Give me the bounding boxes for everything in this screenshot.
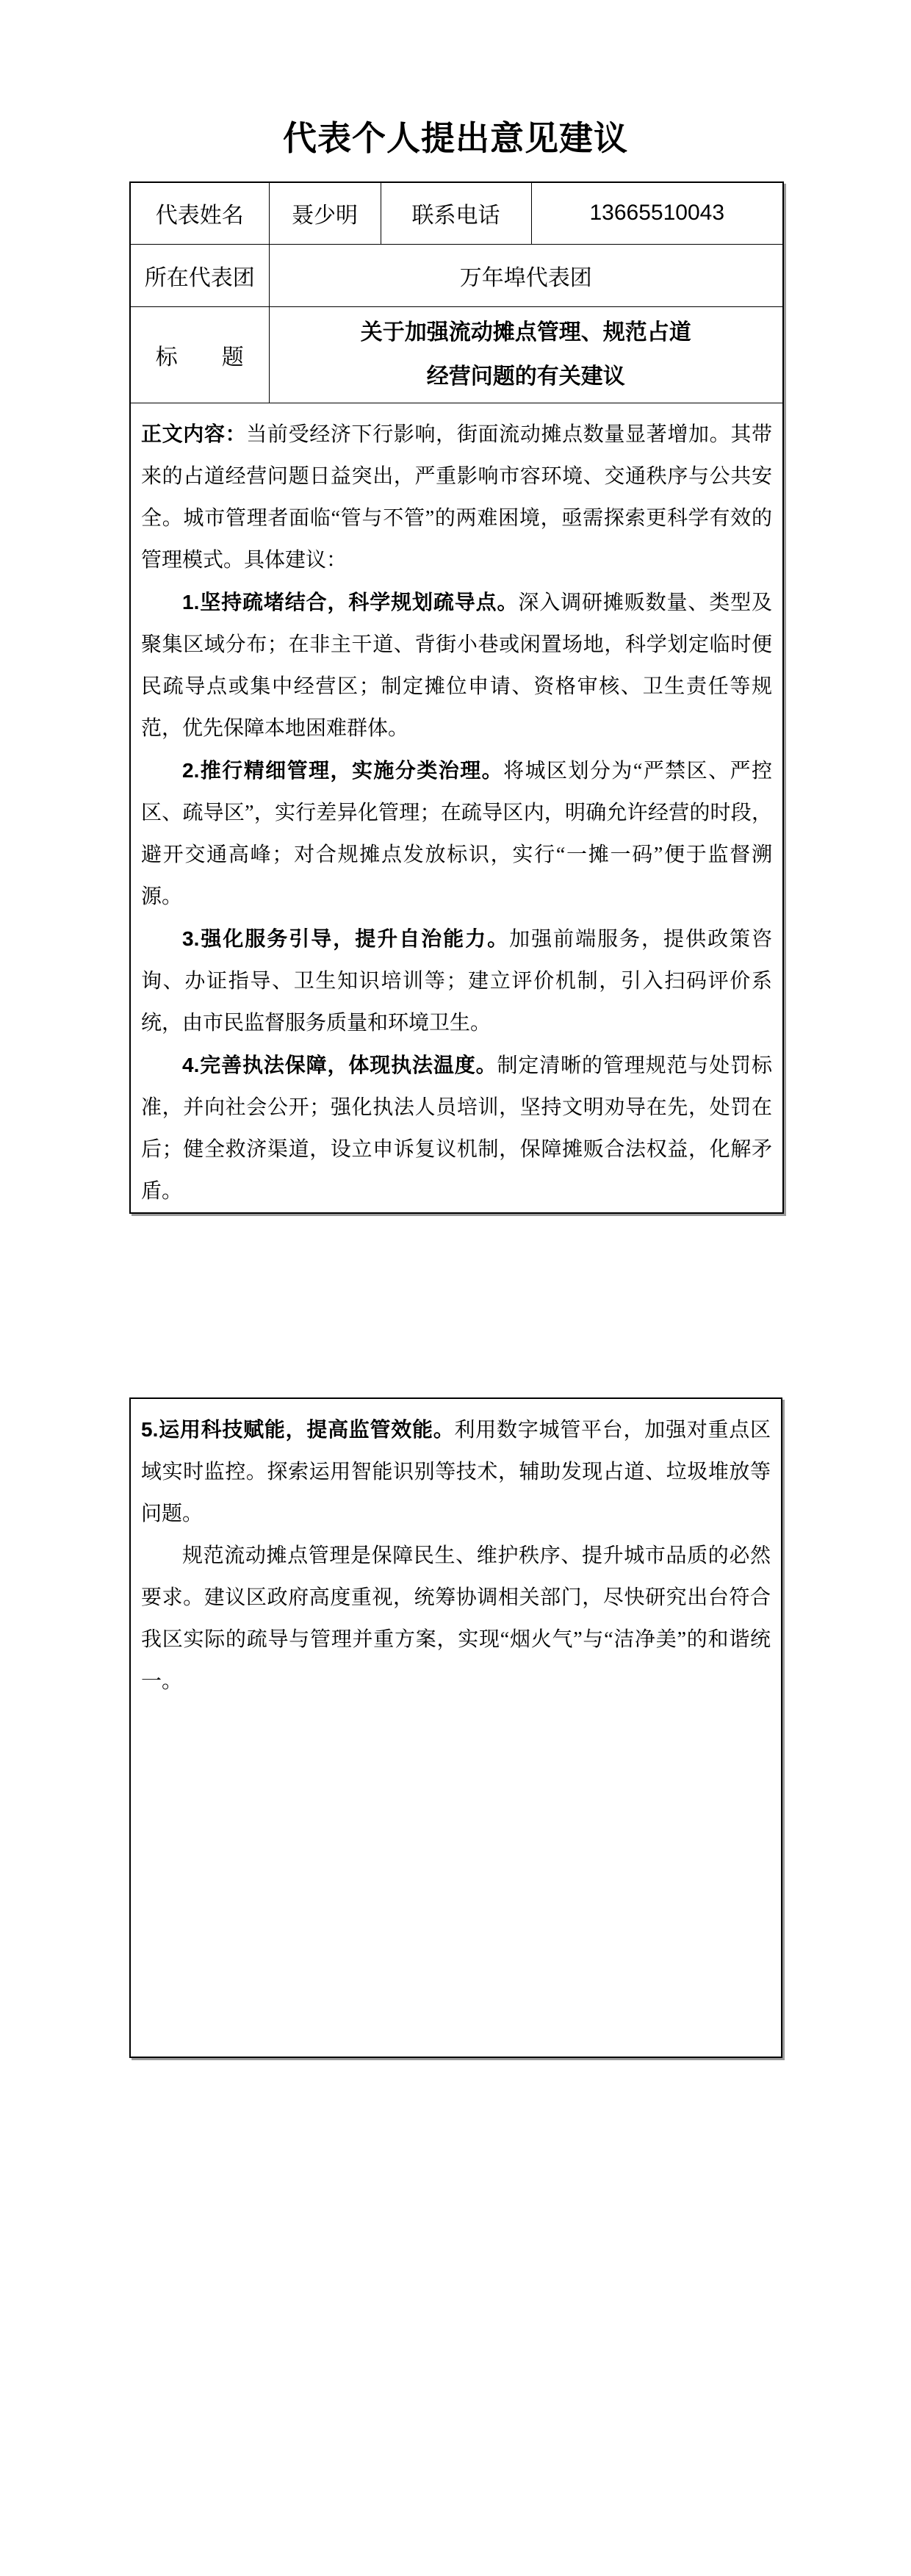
body-intro-paragraph: 正文内容：当前受经济下行影响，街面流动摊点数量显著增加。其带来的占道经营问题日益… [141, 413, 772, 581]
suggestion-point-2: 2.推行精细管理，实施分类治理。将城区划分为“严禁区、严控区、疏导区”，实行差异… [141, 749, 772, 918]
suggestion-point-1: 1.坚持疏堵结合，科学规划疏导点。深入调研摊贩数量、类型及聚集区域分布；在非主干… [141, 581, 772, 749]
delegation-value: 万年埠代表团 [269, 244, 783, 306]
body-content-cell: 正文内容：当前受经济下行影响，街面流动摊点数量显著增加。其带来的占道经营问题日益… [130, 403, 783, 1213]
table-row: 正文内容：当前受经济下行影响，街面流动摊点数量显著增加。其带来的占道经营问题日益… [130, 403, 783, 1213]
subject-line-1: 关于加强流动摊点管理、规范占道 [270, 311, 783, 355]
document-page: { "colors": { "text": "#000000", "border… [0, 0, 911, 2576]
continuation-table: 5.运用科技赋能，提高监管效能。利用数字城管平台，加强对重点区域实时监控。探索运… [129, 1397, 782, 2058]
subject-line-2: 经营问题的有关建议 [270, 355, 783, 399]
subject-label: 标 题 [130, 306, 269, 403]
point-2-lead: 2.推行精细管理，实施分类治理。 [182, 759, 503, 782]
name-label: 代表姓名 [130, 182, 269, 244]
suggestion-point-4: 4.完善执法保障，体现执法温度。制定清晰的管理规范与处罚标准，并向社会公开；强化… [141, 1044, 772, 1212]
body-content-label: 正文内容： [141, 422, 246, 445]
delegation-label: 所在代表团 [130, 244, 269, 306]
info-table: 代表姓名 聂少明 联系电话 13665510043 所在代表团 万年埠代表团 标… [129, 181, 784, 1214]
name-value: 聂少明 [269, 182, 381, 244]
suggestion-point-5: 5.运用科技赋能，提高监管效能。利用数字城管平台，加强对重点区域实时监控。探索运… [141, 1408, 771, 1535]
continuation-content-cell: 5.运用科技赋能，提高监管效能。利用数字城管平台，加强对重点区域实时监控。探索运… [130, 1398, 782, 2057]
point-5-lead: 5.运用科技赋能，提高监管效能。 [141, 1418, 455, 1441]
phone-label: 联系电话 [381, 182, 531, 244]
point-3-lead: 3.强化服务引导，提升自治能力。 [182, 927, 509, 950]
table-row: 所在代表团 万年埠代表团 [130, 244, 783, 306]
point-1-lead: 1.坚持疏堵结合，科学规划疏导点。 [182, 591, 518, 614]
document-title: 代表个人提出意见建议 [0, 112, 911, 160]
table-row: 5.运用科技赋能，提高监管效能。利用数字城管平台，加强对重点区域实时监控。探索运… [130, 1398, 782, 2057]
table-row: 标 题 关于加强流动摊点管理、规范占道 经营问题的有关建议 [130, 306, 783, 403]
point-4-lead: 4.完善执法保障，体现执法温度。 [182, 1054, 497, 1076]
suggestion-point-3: 3.强化服务引导，提升自治能力。加强前端服务，提供政策咨询、办证指导、卫生知识培… [141, 918, 772, 1044]
closing-paragraph: 规范流动摊点管理是保障民生、维护秩序、提升城市品质的必然要求。建议区政府高度重视… [141, 1535, 771, 1702]
subject-cell: 关于加强流动摊点管理、规范占道 经营问题的有关建议 [269, 306, 783, 403]
table-row: 代表姓名 聂少明 联系电话 13665510043 [130, 182, 783, 244]
phone-value: 13665510043 [531, 182, 783, 244]
